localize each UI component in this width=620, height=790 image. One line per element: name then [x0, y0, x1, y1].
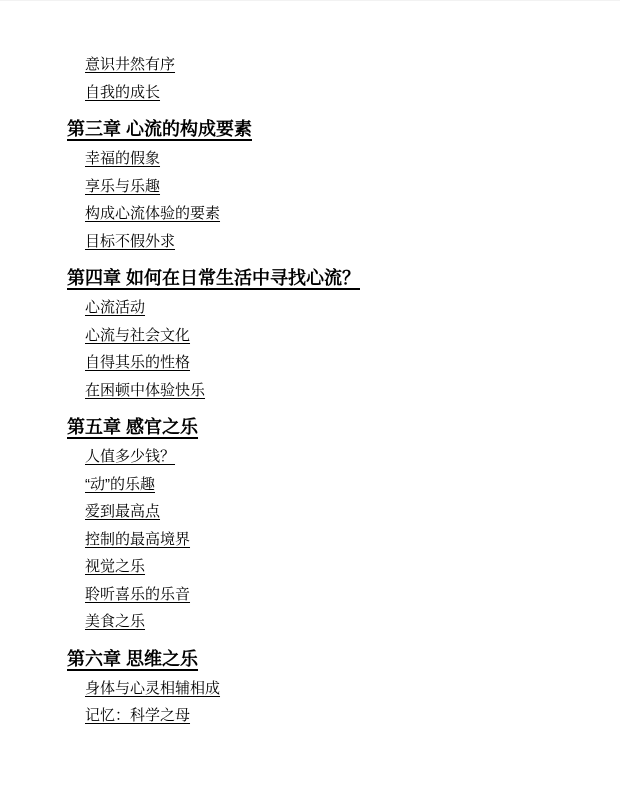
toc-item-link[interactable]: 目标不假外求 [85, 228, 175, 256]
toc-item-link[interactable]: 在困顿中体验快乐 [85, 377, 205, 405]
toc-item-link[interactable]: 人值多少钱？ [85, 443, 175, 471]
toc-item-link[interactable]: “动”的乐趣 [85, 471, 155, 499]
toc-item-link[interactable]: 视觉之乐 [85, 553, 145, 581]
toc-item-link[interactable]: 聆听喜乐的乐音 [85, 581, 190, 609]
toc-item-link[interactable]: 身体与心灵相辅相成 [85, 675, 220, 703]
toc-item-link[interactable]: 记忆：科学之母 [85, 702, 190, 730]
chapter-heading-link[interactable]: 第六章 思维之乐 [67, 645, 198, 674]
chapter-heading-link[interactable]: 第三章 心流的构成要素 [67, 115, 252, 144]
toc-item-link[interactable]: 意识井然有序 [85, 51, 175, 79]
toc-item-link[interactable]: 享乐与乐趣 [85, 173, 160, 201]
toc-item-link[interactable]: 构成心流体验的要素 [85, 200, 220, 228]
toc-section: 第四章 如何在日常生活中寻找心流？ 心流活动 心流与社会文化 自得其乐的性格 在… [0, 264, 620, 404]
table-of-contents: 意识井然有序 自我的成长 第三章 心流的构成要素 幸福的假象 享乐与乐趣 构成心… [0, 1, 620, 730]
chapter-heading-link[interactable]: 第四章 如何在日常生活中寻找心流？ [67, 264, 360, 293]
toc-section: 意识井然有序 自我的成长 [0, 51, 620, 106]
toc-item-link[interactable]: 美食之乐 [85, 608, 145, 636]
toc-item-link[interactable]: 自我的成长 [85, 79, 160, 107]
toc-item-link[interactable]: 控制的最高境界 [85, 526, 190, 554]
toc-section: 第五章 感官之乐 人值多少钱？ “动”的乐趣 爱到最高点 控制的最高境界 视觉之… [0, 413, 620, 636]
toc-item-link[interactable]: 心流活动 [85, 294, 145, 322]
toc-item-link[interactable]: 爱到最高点 [85, 498, 160, 526]
toc-item-link[interactable]: 自得其乐的性格 [85, 349, 190, 377]
toc-section: 第六章 思维之乐 身体与心灵相辅相成 记忆：科学之母 [0, 645, 620, 730]
chapter-heading-link[interactable]: 第五章 感官之乐 [67, 413, 198, 442]
toc-section: 第三章 心流的构成要素 幸福的假象 享乐与乐趣 构成心流体验的要素 目标不假外求 [0, 115, 620, 255]
toc-item-link[interactable]: 幸福的假象 [85, 145, 160, 173]
toc-item-link[interactable]: 心流与社会文化 [85, 322, 190, 350]
